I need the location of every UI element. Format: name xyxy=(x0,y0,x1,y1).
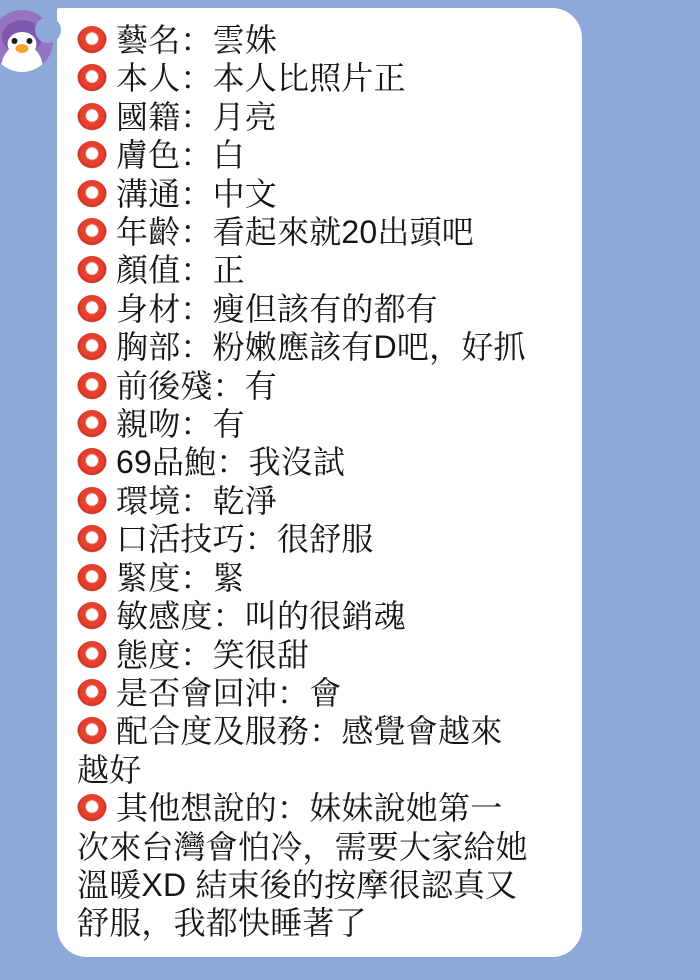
hollow-red-circle-icon xyxy=(77,602,107,632)
hollow-red-circle-icon xyxy=(77,679,107,709)
chat-screen: 藝名：雲姝本人：本人比照片正國籍：月亮膚色：白溝通：中文年齡：看起來就20出頭吧… xyxy=(0,0,700,980)
message-line: 顏值：正 xyxy=(77,251,562,289)
message-line: 69品鮑：我沒試 xyxy=(77,443,562,481)
hollow-red-circle-icon xyxy=(77,256,107,286)
message-line-text: 身材：瘦但該有的都有 xyxy=(116,291,438,327)
hollow-red-circle-icon xyxy=(77,564,107,594)
hollow-red-circle-icon xyxy=(77,717,107,747)
hollow-red-circle-icon xyxy=(77,794,107,824)
message-content: 藝名：雲姝本人：本人比照片正國籍：月亮膚色：白溝通：中文年齡：看起來就20出頭吧… xyxy=(77,21,562,943)
message-line: 年齡：看起來就20出頭吧 xyxy=(77,213,562,251)
message-line: 本人：本人比照片正 xyxy=(77,59,562,97)
message-line: 口活技巧：很舒服 xyxy=(77,520,562,558)
message-line-text: 國籍：月亮 xyxy=(116,99,277,135)
hollow-red-circle-icon xyxy=(77,448,107,478)
message-line-text: 顏值：正 xyxy=(116,252,245,288)
message-line: 其他想說的：妹妹說她第一 次來台灣會怕冷，需要大家給她 溫暖XD 結束後的按摩很… xyxy=(77,789,562,943)
message-line-text: 膚色：白 xyxy=(116,137,245,173)
hollow-red-circle-icon xyxy=(77,180,107,210)
hollow-red-circle-icon xyxy=(77,103,107,133)
message-line: 配合度及服務：感覺會越來 越好 xyxy=(77,712,562,789)
message-line: 態度：笑很甜 xyxy=(77,636,562,674)
hollow-red-circle-icon xyxy=(77,641,107,671)
message-line-text: 親吻：有 xyxy=(116,406,245,442)
hollow-red-circle-icon xyxy=(77,141,107,171)
hollow-red-circle-icon xyxy=(77,218,107,248)
message-line: 前後殘：有 xyxy=(77,367,562,405)
message-line: 環境：乾淨 xyxy=(77,482,562,520)
message-line-text: 配合度及服務：感覺會越來 越好 xyxy=(77,713,502,787)
message-line-text: 69品鮑：我沒試 xyxy=(116,444,345,480)
message-line-text: 其他想說的：妹妹說她第一 次來台灣會怕冷，需要大家給她 溫暖XD 結束後的按摩很… xyxy=(77,790,528,941)
message-line-text: 態度：笑很甜 xyxy=(116,637,309,673)
message-line: 緊度：緊 xyxy=(77,559,562,597)
message-line-text: 本人：本人比照片正 xyxy=(116,60,406,96)
message-line-text: 前後殘：有 xyxy=(116,368,277,404)
message-line: 親吻：有 xyxy=(77,405,562,443)
message-line: 胸部：粉嫩應該有D吧，好抓 xyxy=(77,328,562,366)
hollow-red-circle-icon xyxy=(77,487,107,517)
message-line: 是否會回沖：會 xyxy=(77,674,562,712)
hollow-red-circle-icon xyxy=(77,64,107,94)
hollow-red-circle-icon xyxy=(77,333,107,363)
hollow-red-circle-icon xyxy=(77,295,107,325)
message-line-text: 溝通：中文 xyxy=(116,176,277,212)
message-line: 身材：瘦但該有的都有 xyxy=(77,290,562,328)
message-line-text: 年齡：看起來就20出頭吧 xyxy=(116,214,474,250)
message-line: 藝名：雲姝 xyxy=(77,21,562,59)
hollow-red-circle-icon xyxy=(77,525,107,555)
message-line-text: 是否會回沖：會 xyxy=(116,675,341,711)
hollow-red-circle-icon xyxy=(77,410,107,440)
message-line-text: 環境：乾淨 xyxy=(116,483,277,519)
message-line: 國籍：月亮 xyxy=(77,98,562,136)
hollow-red-circle-icon xyxy=(77,372,107,402)
hollow-red-circle-icon xyxy=(77,26,107,56)
message-bubble[interactable]: 藝名：雲姝本人：本人比照片正國籍：月亮膚色：白溝通：中文年齡：看起來就20出頭吧… xyxy=(57,8,582,957)
message-line-text: 敏感度：叫的很銷魂 xyxy=(116,598,406,634)
message-line: 膚色：白 xyxy=(77,136,562,174)
message-line: 溝通：中文 xyxy=(77,175,562,213)
message-line-text: 胸部：粉嫩應該有D吧，好抓 xyxy=(116,329,526,365)
message-line: 敏感度：叫的很銷魂 xyxy=(77,597,562,635)
message-line-text: 口活技巧：很舒服 xyxy=(116,521,374,557)
message-line-text: 藝名：雲姝 xyxy=(116,22,277,58)
message-line-text: 緊度：緊 xyxy=(116,560,245,596)
